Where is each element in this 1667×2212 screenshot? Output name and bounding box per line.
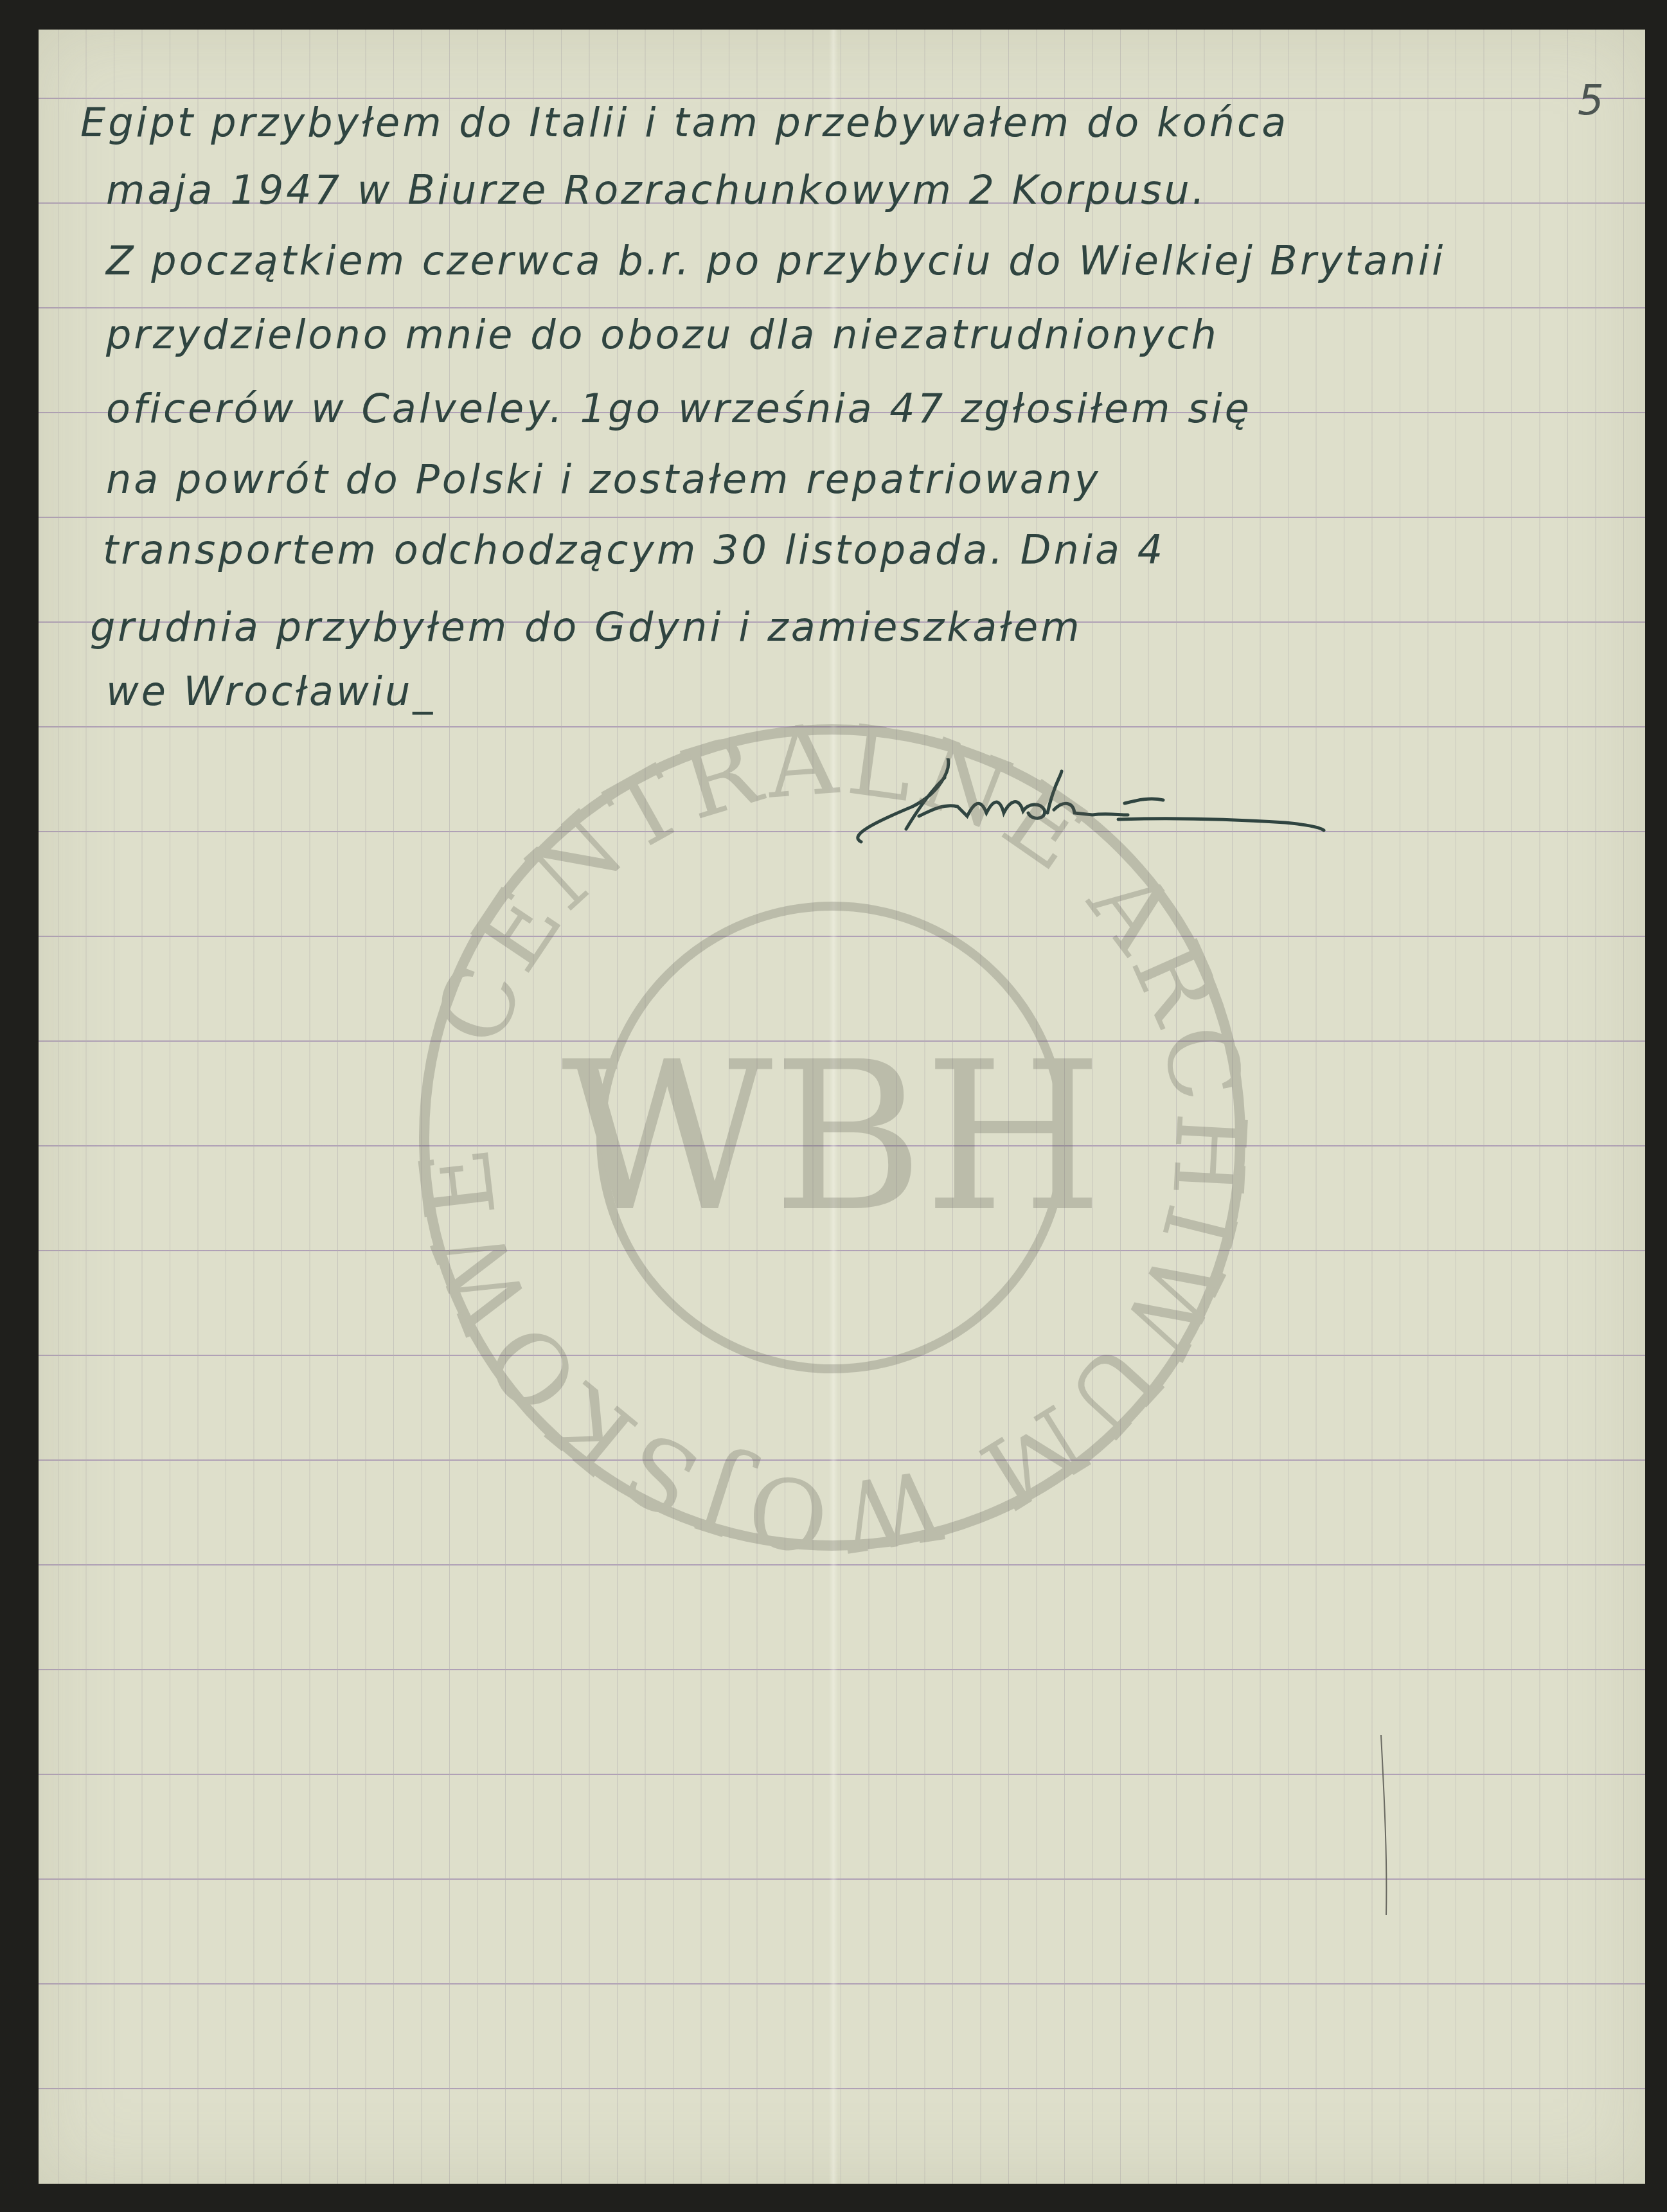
- stamp-center-text: WBH: [561, 1018, 1103, 1257]
- handwritten-line-3: Z początkiem czerwca b.r. po przybyciu d…: [106, 241, 1445, 281]
- perforated-top-edge: [39, 23, 1645, 32]
- page-number: 5: [1578, 77, 1604, 125]
- handwritten-line-6: na powrót do Polski i zostałem repatriow…: [106, 459, 1101, 499]
- handwritten-line-1: Egipt przybyłem do Italii i tam przebywa…: [80, 103, 1288, 143]
- handwritten-line-8: grudnia przybyłem do Gdyni i zamieszkałe…: [90, 607, 1082, 647]
- handwritten-line-9: we Wrocławiu_: [106, 672, 435, 711]
- handwritten-line-5: oficerów w Calveley. 1go września 47 zgł…: [106, 389, 1252, 429]
- handwritten-line-7: transportem odchodzącym 30 listopada. Dn…: [103, 530, 1165, 570]
- handwritten-line-2: maja 1947 w Biurze Rozrachunkowym 2 Korp…: [106, 170, 1208, 210]
- archive-stamp: CENTRALNE ARCHIWUM WOJSKOWE WBH: [415, 720, 1250, 1555]
- pencil-mark: [1378, 1735, 1391, 1915]
- handwritten-line-4: przydzielono mnie do obozu dla niezatrud…: [106, 315, 1219, 355]
